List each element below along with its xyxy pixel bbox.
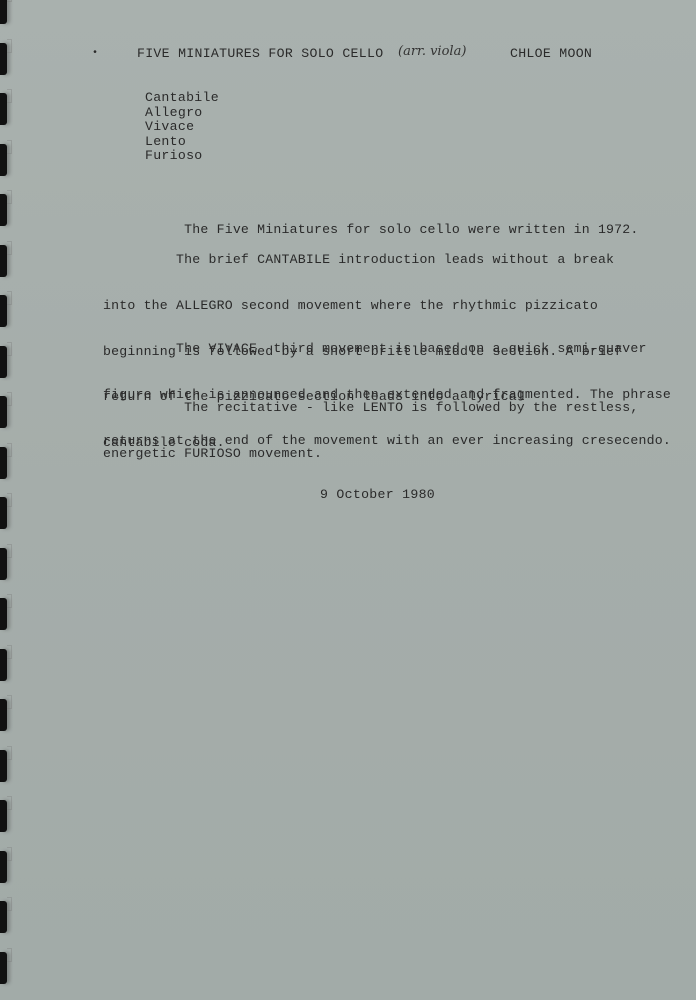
text-line: The brief CANTABILE introduction leads w… — [103, 252, 622, 267]
binding-ring — [0, 497, 7, 529]
binding-ring — [0, 346, 7, 378]
movement-item: Cantabile — [145, 91, 219, 106]
binding-ring — [0, 245, 7, 277]
paragraph-lento-furioso: The recitative - like LENTO is followed … — [103, 370, 639, 492]
binding-ring — [0, 699, 7, 731]
binding-ring — [0, 901, 7, 933]
binding-ring — [0, 548, 7, 580]
text-line: The recitative - like LENTO is followed … — [103, 400, 639, 415]
binding-ring — [0, 43, 7, 75]
movement-item: Furioso — [145, 149, 219, 164]
handwritten-note: (arr. viola) — [398, 44, 466, 59]
binding-ring — [0, 952, 7, 984]
text-line: The VIVACE third movement is based on a … — [103, 341, 671, 356]
movement-list: Cantabile Allegro Vivace Lento Furioso — [145, 91, 219, 164]
binding-ring — [0, 800, 7, 832]
movement-item: Allegro — [145, 106, 219, 121]
spiral-binding — [0, 0, 14, 1000]
movement-item: Lento — [145, 135, 219, 150]
stray-mark: • — [92, 48, 98, 59]
document-date: 9 October 1980 — [320, 487, 435, 502]
binding-ring — [0, 396, 7, 428]
binding-ring — [0, 598, 7, 630]
binding-ring — [0, 851, 7, 883]
typed-page: • FIVE MINIATURES FOR SOLO CELLO (arr. v… — [0, 0, 696, 1000]
binding-ring — [0, 750, 7, 782]
document-title: FIVE MINIATURES FOR SOLO CELLO — [137, 46, 383, 61]
composer-name: CHLOE MOON — [510, 46, 592, 61]
binding-ring — [0, 649, 7, 681]
binding-ring — [0, 194, 7, 226]
text-line: energetic FURIOSO movement. — [103, 446, 639, 461]
binding-ring — [0, 144, 7, 176]
binding-ring — [0, 295, 7, 327]
binding-ring — [0, 447, 7, 479]
binding-ring — [0, 93, 7, 125]
movement-item: Vivace — [145, 120, 219, 135]
binding-ring — [0, 0, 7, 24]
